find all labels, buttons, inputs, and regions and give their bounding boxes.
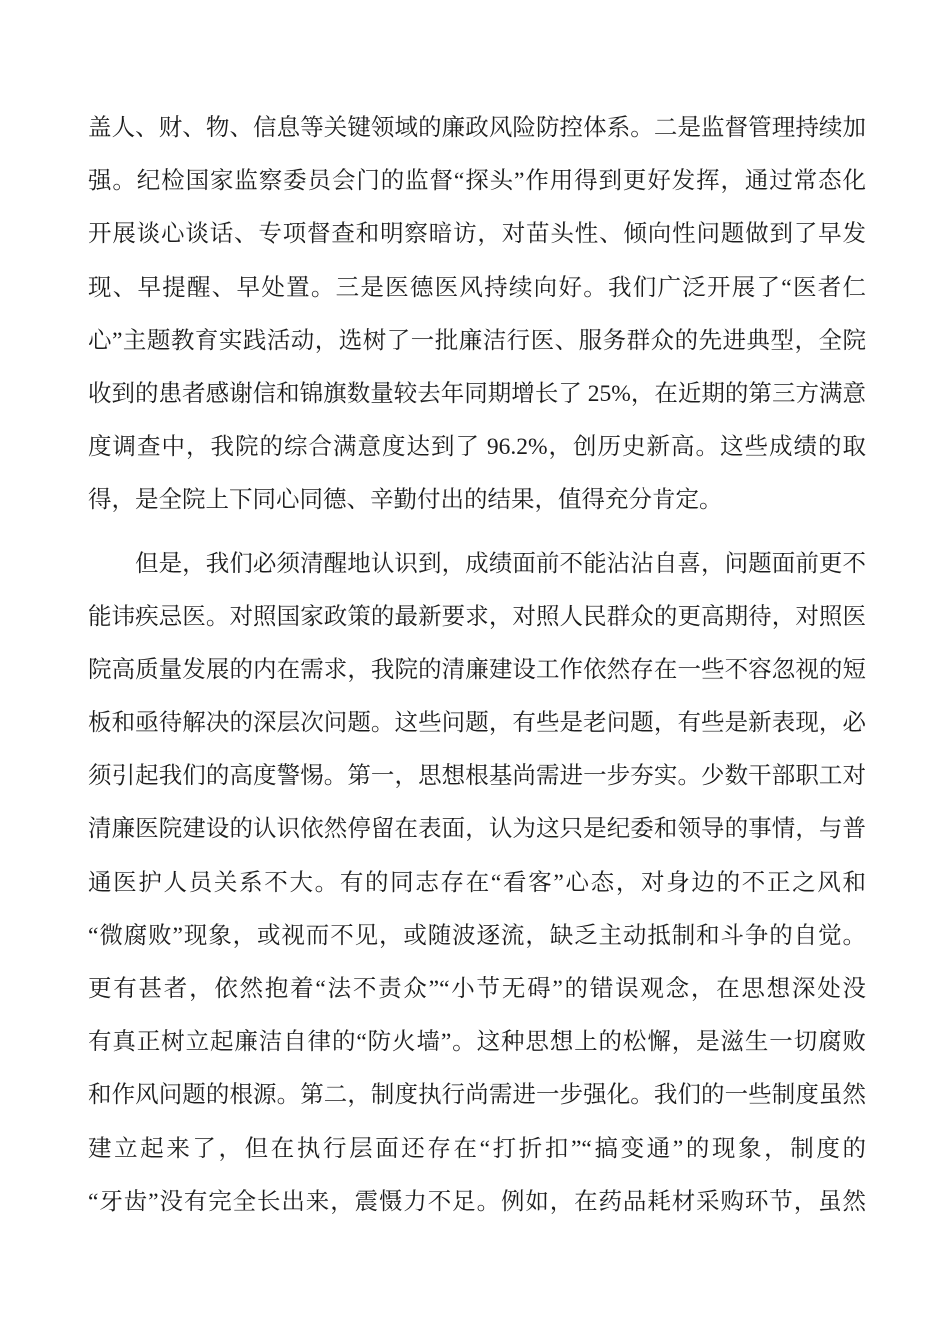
text-line: 收到的患者感谢信和锦旗数量较去年同期增长了 25%，在近期的第三方满意 xyxy=(88,368,866,421)
text-line: 得，是全院上下同心同德、辛勤付出的结果，值得充分肯定。 xyxy=(88,474,866,527)
text-line: 通医护人员关系不大。有的同志存在“看客”心态，对身边的不正之风和 xyxy=(88,857,866,910)
text-line: 院高质量发展的内在需求，我院的清廉建设工作依然存在一些不容忽视的短 xyxy=(88,644,866,697)
text-line: 盖人、财、物、信息等关键领域的廉政风险防控体系。二是监督管理持续加 xyxy=(88,102,866,155)
paragraph-1: 盖人、财、物、信息等关键领域的廉政风险防控体系。二是监督管理持续加 强。纪检国家… xyxy=(88,102,866,528)
text-line: “微腐败”现象，或视而不见，或随波逐流，缺乏主动抵制和斗争的自觉。 xyxy=(88,910,866,963)
text-line: 但是，我们必须清醒地认识到，成绩面前不能沾沾自喜，问题面前更不 xyxy=(88,538,866,591)
document-text: 盖人、财、物、信息等关键领域的廉政风险防控体系。二是监督管理持续加 强。纪检国家… xyxy=(88,102,866,1229)
text-line: 能讳疾忌医。对照国家政策的最新要求，对照人民群众的更高期待，对照医 xyxy=(88,591,866,644)
text-line: 强。纪检国家监察委员会门的监督“探头”作用得到更好发挥，通过常态化 xyxy=(88,155,866,208)
text-line: 现、早提醒、早处置。三是医德医风持续向好。我们广泛开展了“医者仁 xyxy=(88,262,866,315)
text-line: 须引起我们的高度警惕。第一，思想根基尚需进一步夯实。少数干部职工对 xyxy=(88,750,866,803)
text-line: 更有甚者，依然抱着“法不责众”“小节无碍”的错误观念，在思想深处没 xyxy=(88,963,866,1016)
text-line: 建立起来了，但在执行层面还存在“打折扣”“搞变通”的现象，制度的 xyxy=(88,1123,866,1176)
text-line: 开展谈心谈话、专项督查和明察暗访，对苗头性、倾向性问题做到了早发 xyxy=(88,208,866,261)
document-page: 盖人、财、物、信息等关键领域的廉政风险防控体系。二是监督管理持续加 强。纪检国家… xyxy=(0,0,950,1344)
text-line: “牙齿”没有完全长出来，震慑力不足。例如，在药品耗材采购环节，虽然 xyxy=(88,1176,866,1229)
text-line: 有真正树立起廉洁自律的“防火墙”。这种思想上的松懈，是滋生一切腐败 xyxy=(88,1016,866,1069)
text-line: 板和亟待解决的深层次问题。这些问题，有些是老问题，有些是新表现，必 xyxy=(88,697,866,750)
paragraph-2: 但是，我们必须清醒地认识到，成绩面前不能沾沾自喜，问题面前更不 能讳疾忌医。对照… xyxy=(88,538,866,1229)
text-line: 清廉医院建设的认识依然停留在表面，认为这只是纪委和领导的事情，与普 xyxy=(88,803,866,856)
text-line: 和作风问题的根源。第二，制度执行尚需进一步强化。我们的一些制度虽然 xyxy=(88,1069,866,1122)
text-line: 度调查中，我院的综合满意度达到了 96.2%，创历史新高。这些成绩的取 xyxy=(88,421,866,474)
text-line: 心”主题教育实践活动，选树了一批廉洁行医、服务群众的先进典型，全院 xyxy=(88,315,866,368)
